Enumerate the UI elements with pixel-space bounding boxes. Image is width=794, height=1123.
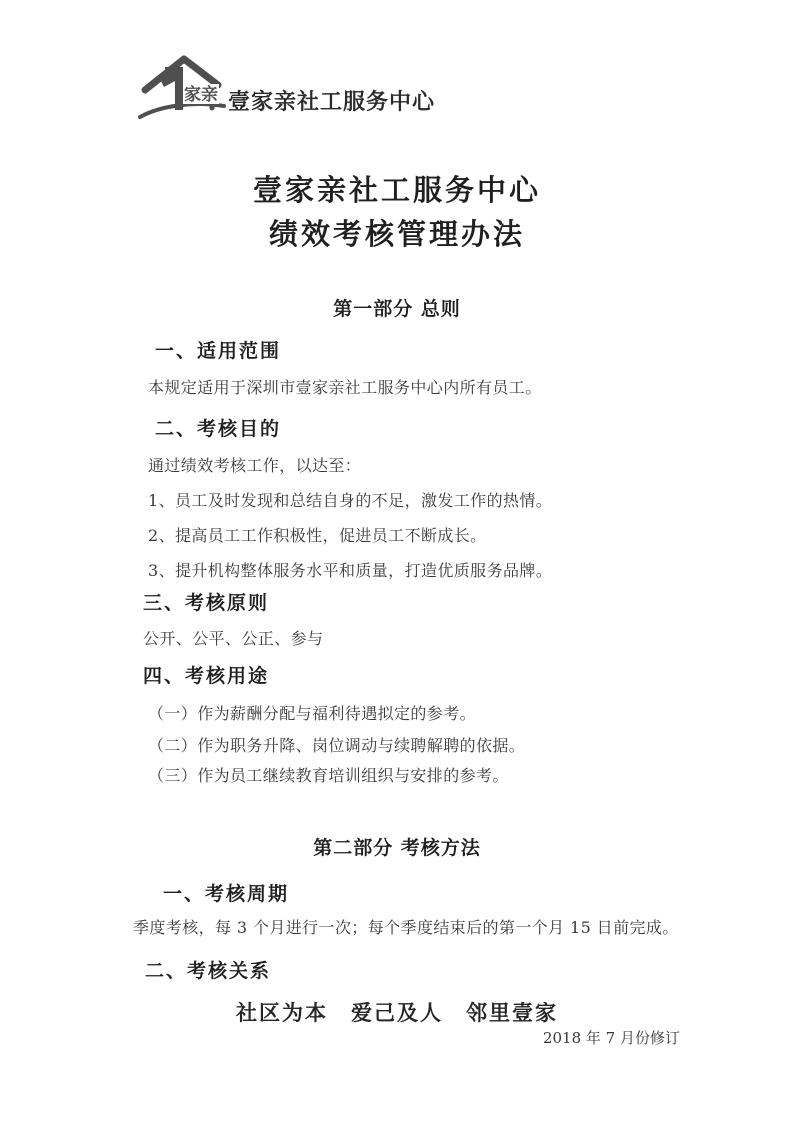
part1-section2-item2: 2、提高员工工作积极性，促进员工不断成长。 [148,525,794,547]
part1-section2-heading: 二、考核目的 [155,416,794,442]
part1-heading: 第一部分 总则 [0,296,794,322]
part1-section2-item3: 3、提升机构整体服务水平和质量，打造优质服务品牌。 [148,560,794,582]
part1-section4-item2: （二）作为职务升降、岗位调动与续聘解聘的依据。 [148,735,794,757]
part1-section2-intro: 通过绩效考核工作，以达至： [148,455,794,477]
house-logo-icon: 家亲 [138,54,226,120]
org-name: 壹家亲社工服务中心 [226,91,435,120]
document-title-line2: 绩效考核管理办法 [0,212,794,256]
document-body: 壹家亲社工服务中心 绩效考核管理办法 第一部分 总则 一、适用范围 本规定适用于… [0,168,794,1047]
part1-section2-item1: 1、员工及时发现和总结自身的不足，激发工作的热情。 [148,490,794,512]
part1-section1-heading: 一、适用范围 [155,338,794,364]
logo-text: 家亲 [184,84,218,105]
part1-section4-heading: 四、考核用途 [143,663,794,689]
footer-slogan: 社区为本 爱己及人 邻里壹家 [0,1001,794,1025]
part1-section3-heading: 三、考核原则 [143,590,794,616]
part2-section2-heading: 二、考核关系 [145,958,794,984]
part1-section3-body: 公开、公平、公正、参与 [143,628,794,650]
document-title-line1: 壹家亲社工服务中心 [0,168,794,212]
part2-section1-body: 季度考核，每 3 个月进行一次；每个季度结束后的第一个月 15 日前完成。 [133,917,794,939]
document-page: 家亲 壹家亲社工服务中心 壹家亲社工服务中心 绩效考核管理办法 第一部分 总则 … [0,0,794,1123]
letterhead: 家亲 壹家亲社工服务中心 [138,54,435,120]
part2-section1-heading: 一、考核周期 [163,881,794,907]
footer-revision-date: 2018 年 7 月份修订 [0,1029,680,1047]
part1-section1-body: 本规定适用于深圳市壹家亲社工服务中心内所有员工。 [148,377,794,399]
part2-heading: 第二部分 考核方法 [0,835,794,861]
part1-section4-item1: （一）作为薪酬分配与福利待遇拟定的参考。 [148,703,794,725]
part1-section4-item3: （三）作为员工继续教育培训组织与安排的参考。 [148,765,794,787]
